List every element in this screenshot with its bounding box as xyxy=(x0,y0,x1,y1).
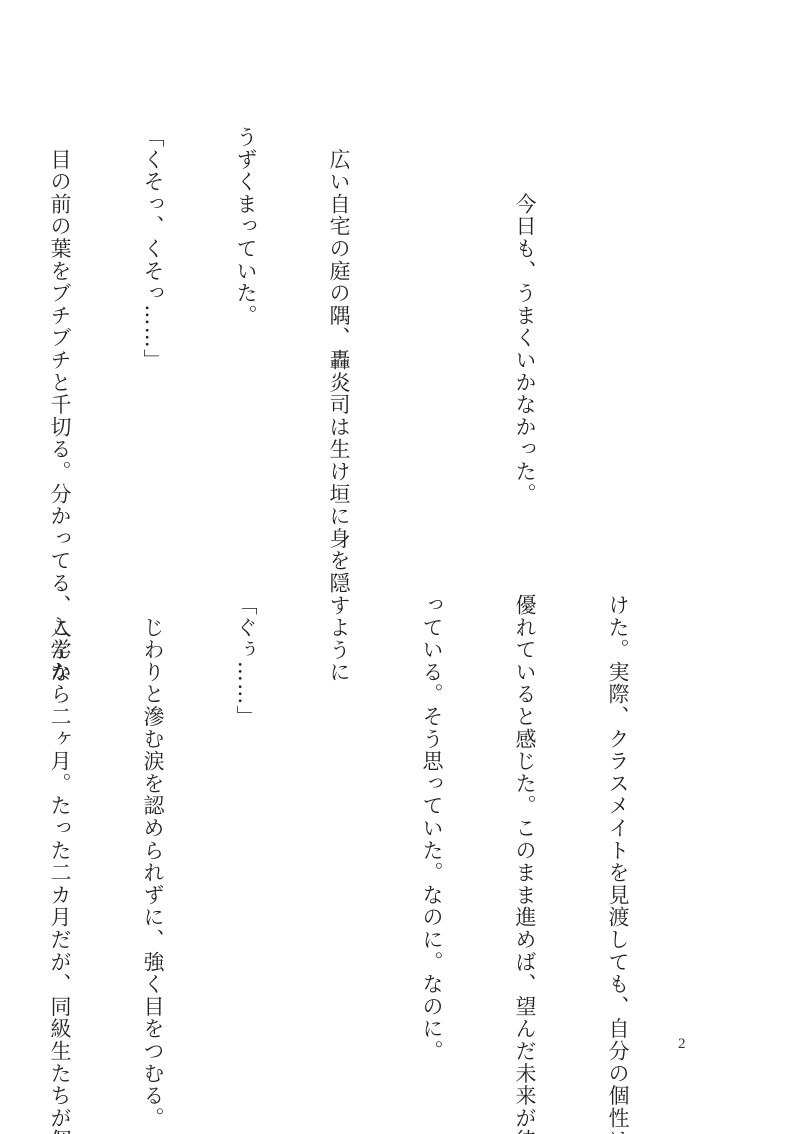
text-line xyxy=(416,126,447,566)
text-line: 目の前の葉をブチブチと千切る。分かってる、こんな xyxy=(44,126,75,566)
text-line xyxy=(602,126,633,566)
text-line: うずくまっていた。 xyxy=(230,126,261,566)
text-block-upper: 今日も、うまくいかなかった。 広い自宅の庭の隅、轟炎司は生け垣に身を隠すように … xyxy=(0,126,695,566)
page-number: 2 xyxy=(678,1036,686,1053)
text-line xyxy=(323,594,354,1034)
chapter-opening-line: 今日も、うまくいかなかった。 xyxy=(509,126,540,566)
document-page: 今日も、うまくいかなかった。 広い自宅の庭の隅、轟炎司は生け垣に身を隠すように … xyxy=(0,0,799,1134)
text-block-lower: けた。実際、クラスメイトを見渡しても、自分の個性は 優れていると感じた。このまま… xyxy=(0,594,695,1034)
text-line: 広い自宅の庭の隅、轟炎司は生け垣に身を隠すように xyxy=(323,126,354,566)
text-line: けた。実際、クラスメイトを見渡しても、自分の個性は xyxy=(602,594,633,1034)
text-line: 入学から二ヶ月。たった二カ月だが、同級生たちが個 xyxy=(44,594,75,1034)
dialogue-line: 「くそっ、くそっ……」 xyxy=(137,126,168,566)
text-line: っている。そう思っていた。なのに。なのに。 xyxy=(416,594,447,1034)
text-line: じわりと滲む涙を認められずに、強く目をつむる。 xyxy=(137,594,168,1034)
text-line: 優れていると感じた。このまま進めば、望んだ未来が待 xyxy=(509,594,540,1034)
dialogue-line: 「ぐぅ……」 xyxy=(230,594,261,1034)
